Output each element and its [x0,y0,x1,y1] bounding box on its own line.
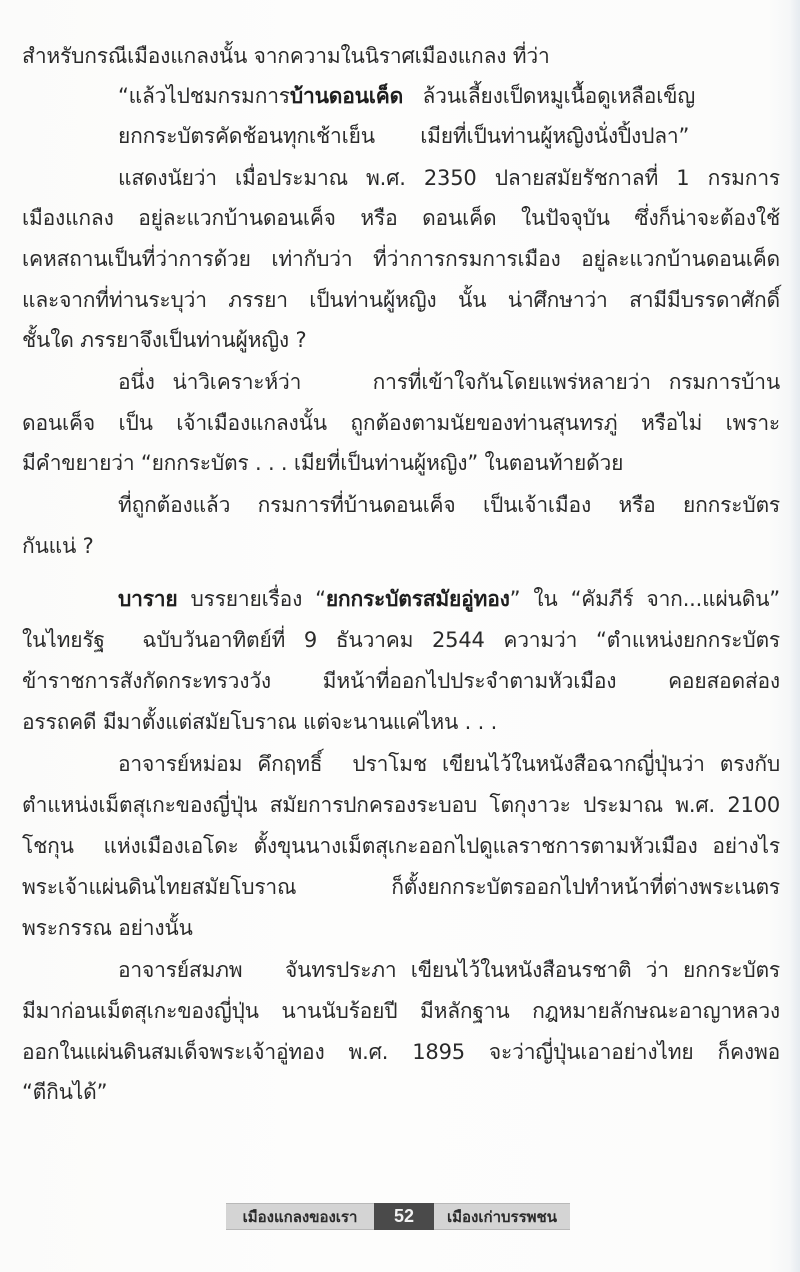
paragraph-line: อนึ่ง น่าวิเคราะห์ว่า การที่เข้าใจกันโดย… [22,366,780,398]
text-span: พระเจ้าแผ่นดินไทยสมัยโบราณ ก็ตั้งยกกระบั… [22,875,780,899]
text-span: ออกในแผ่นดินสมเด็จพระเจ้าอู่ทอง พ.ศ. 189… [22,1040,780,1064]
text-span: อาจารย์หม่อม คึกฤทธิ์ ปราโมช เขียนไว้ในห… [118,752,780,776]
text-span: โชกุน แห่งเมืองเอโดะ ตั้งขุนนางเม็ตสุเกะ… [22,834,780,858]
text-span: พระกรรณ อย่างนั้น [22,916,193,940]
paragraph-line: และจากที่ท่านระบุว่า ภรรยา เป็นท่านผู้หญ… [22,284,780,316]
text-span: มีคำขยายว่า “ยกกระบัตร . . . เมียที่เป็น… [22,451,623,475]
text-span: บรรยายเรื่อง “ [178,587,326,611]
verse-line: ยกกระบัตรคัดช้อนทุกเช้าเย็น เมียที่เป็นท… [22,120,689,152]
page-edge-shadow [790,0,800,1272]
paragraph-line: “ตีกินได้” [22,1076,107,1108]
text-line: สำหรับกรณีเมืองแกลงนั้น จากความในนิราศเม… [22,40,550,72]
text-span: แสดงนัยว่า เมื่อประมาณ พ.ศ. 2350 ปลายสมั… [118,166,780,190]
text-span: อรรถคดี มีมาตั้งแต่สมัยโบราณ แต่จะนานแค่… [22,710,497,734]
paragraph-line: ชั้นใด ภรรยาจึงเป็นท่านผู้หญิง ? [22,324,306,356]
paragraph-line: เคหสถานเป็นที่ว่าการด้วย เท่ากับว่า ที่ว… [22,243,780,275]
text-span: “แล้วไปชมกรมการ [118,84,290,108]
book-page: สำหรับกรณีเมืองแกลงนั้น จากความในนิราศเม… [0,0,800,1272]
paragraph-line: ออกในแผ่นดินสมเด็จพระเจ้าอู่ทอง พ.ศ. 189… [22,1036,780,1068]
footer-chapter-title: เมืองเก่าบรรพชน [434,1203,570,1230]
paragraph-line: ในไทยรัฐ ฉบับวันอาทิตย์ที่ 9 ธันวาคม 254… [22,624,780,656]
text-span: อาจารย์สมภพ จันทรประภา เขียนไว้ในหนังสือ… [118,958,780,982]
text-span: ยกกระบัตรคัดช้อนทุกเช้าเย็น เมียที่เป็นท… [118,124,689,148]
page-footer: เมืองแกลงของเรา 52 เมืองเก่าบรรพชน [226,1203,570,1230]
paragraph-line: พระกรรณ อย่างนั้น [22,912,193,944]
paragraph-line: โชกุน แห่งเมืองเอโดะ ตั้งขุนนางเม็ตสุเกะ… [22,830,780,862]
text-span: สำหรับกรณีเมืองแกลงนั้น จากความในนิราศเม… [22,44,550,68]
text-span: ล้วนเลี้ยงเป็ดหมูเนื้อดูเหลือเข็ญ [403,84,695,108]
text-span: ชั้นใด ภรรยาจึงเป็นท่านผู้หญิง ? [22,328,306,352]
paragraph-line: อรรถคดี มีมาตั้งแต่สมัยโบราณ แต่จะนานแค่… [22,706,497,738]
bold-author-name: บาราย [118,587,178,611]
paragraph-line: ตำแหน่งเม็ตสุเกะของญี่ปุ่น สมัยการปกครอง… [22,789,780,821]
text-span: เคหสถานเป็นที่ว่าการด้วย เท่ากับว่า ที่ว… [22,247,780,271]
text-span: และจากที่ท่านระบุว่า ภรรยา เป็นท่านผู้หญ… [22,288,780,312]
text-span: เมืองแกลง อยู่ละแวกบ้านดอนเค็จ หรือ ดอนเ… [22,206,780,230]
text-span: ข้าราชการสังกัดกระทรวงวัง มีหน้าที่ออกไป… [22,669,780,693]
paragraph-line: อาจารย์หม่อม คึกฤทธิ์ ปราโมช เขียนไว้ในห… [22,748,780,780]
paragraph-line: เมืองแกลง อยู่ละแวกบ้านดอนเค็จ หรือ ดอนเ… [22,202,780,234]
paragraph-line: บาราย บรรยายเรื่อง “ยกกระบัตรสมัยอู่ทอง”… [22,583,780,615]
paragraph-line: ที่ถูกต้องแล้ว กรมการที่บ้านดอนเค็จ เป็น… [22,489,780,521]
text-span: ในไทยรัฐ ฉบับวันอาทิตย์ที่ 9 ธันวาคม 254… [22,628,780,652]
text-span: มีมาก่อนเม็ตสุเกะของญี่ปุ่น นานนับร้อยปี… [22,999,780,1023]
paragraph-line: ดอนเค็จ เป็น เจ้าเมืองแกลงนั้น ถูกต้องตา… [22,407,780,439]
paragraph-line: มีคำขยายว่า “ยกกระบัตร . . . เมียที่เป็น… [22,447,623,479]
paragraph-line: ข้าราชการสังกัดกระทรวงวัง มีหน้าที่ออกไป… [22,665,780,697]
paragraph-line: กันแน่ ? [22,530,94,562]
text-span: “ตีกินได้” [22,1080,107,1104]
text-span: กันแน่ ? [22,534,94,558]
text-span: ตำแหน่งเม็ตสุเกะของญี่ปุ่น สมัยการปกครอง… [22,793,780,817]
text-span: ดอนเค็จ เป็น เจ้าเมืองแกลงนั้น ถูกต้องตา… [22,411,780,435]
paragraph-line: พระเจ้าแผ่นดินไทยสมัยโบราณ ก็ตั้งยกกระบั… [22,871,780,903]
text-span: ที่ถูกต้องแล้ว กรมการที่บ้านดอนเค็จ เป็น… [118,493,780,517]
paragraph-line: มีมาก่อนเม็ตสุเกะของญี่ปุ่น นานนับร้อยปี… [22,995,780,1027]
text-span: อนึ่ง น่าวิเคราะห์ว่า การที่เข้าใจกันโดย… [118,370,780,394]
footer-book-title: เมืองแกลงของเรา [226,1203,374,1230]
bold-article-title: ยกกระบัตรสมัยอู่ทอง [326,587,510,611]
text-span: ” ใน “คัมภีร์ จาก...แผ่นดิน” [510,587,780,611]
paragraph-line: อาจารย์สมภพ จันทรประภา เขียนไว้ในหนังสือ… [22,954,780,986]
bold-place-name: บ้านดอนเค็ด [290,84,403,108]
page-number: 52 [374,1203,434,1230]
verse-line: “แล้วไปชมกรมการบ้านดอนเค็ด ล้วนเลี้ยงเป็… [22,80,695,112]
paragraph-line: แสดงนัยว่า เมื่อประมาณ พ.ศ. 2350 ปลายสมั… [22,162,780,194]
